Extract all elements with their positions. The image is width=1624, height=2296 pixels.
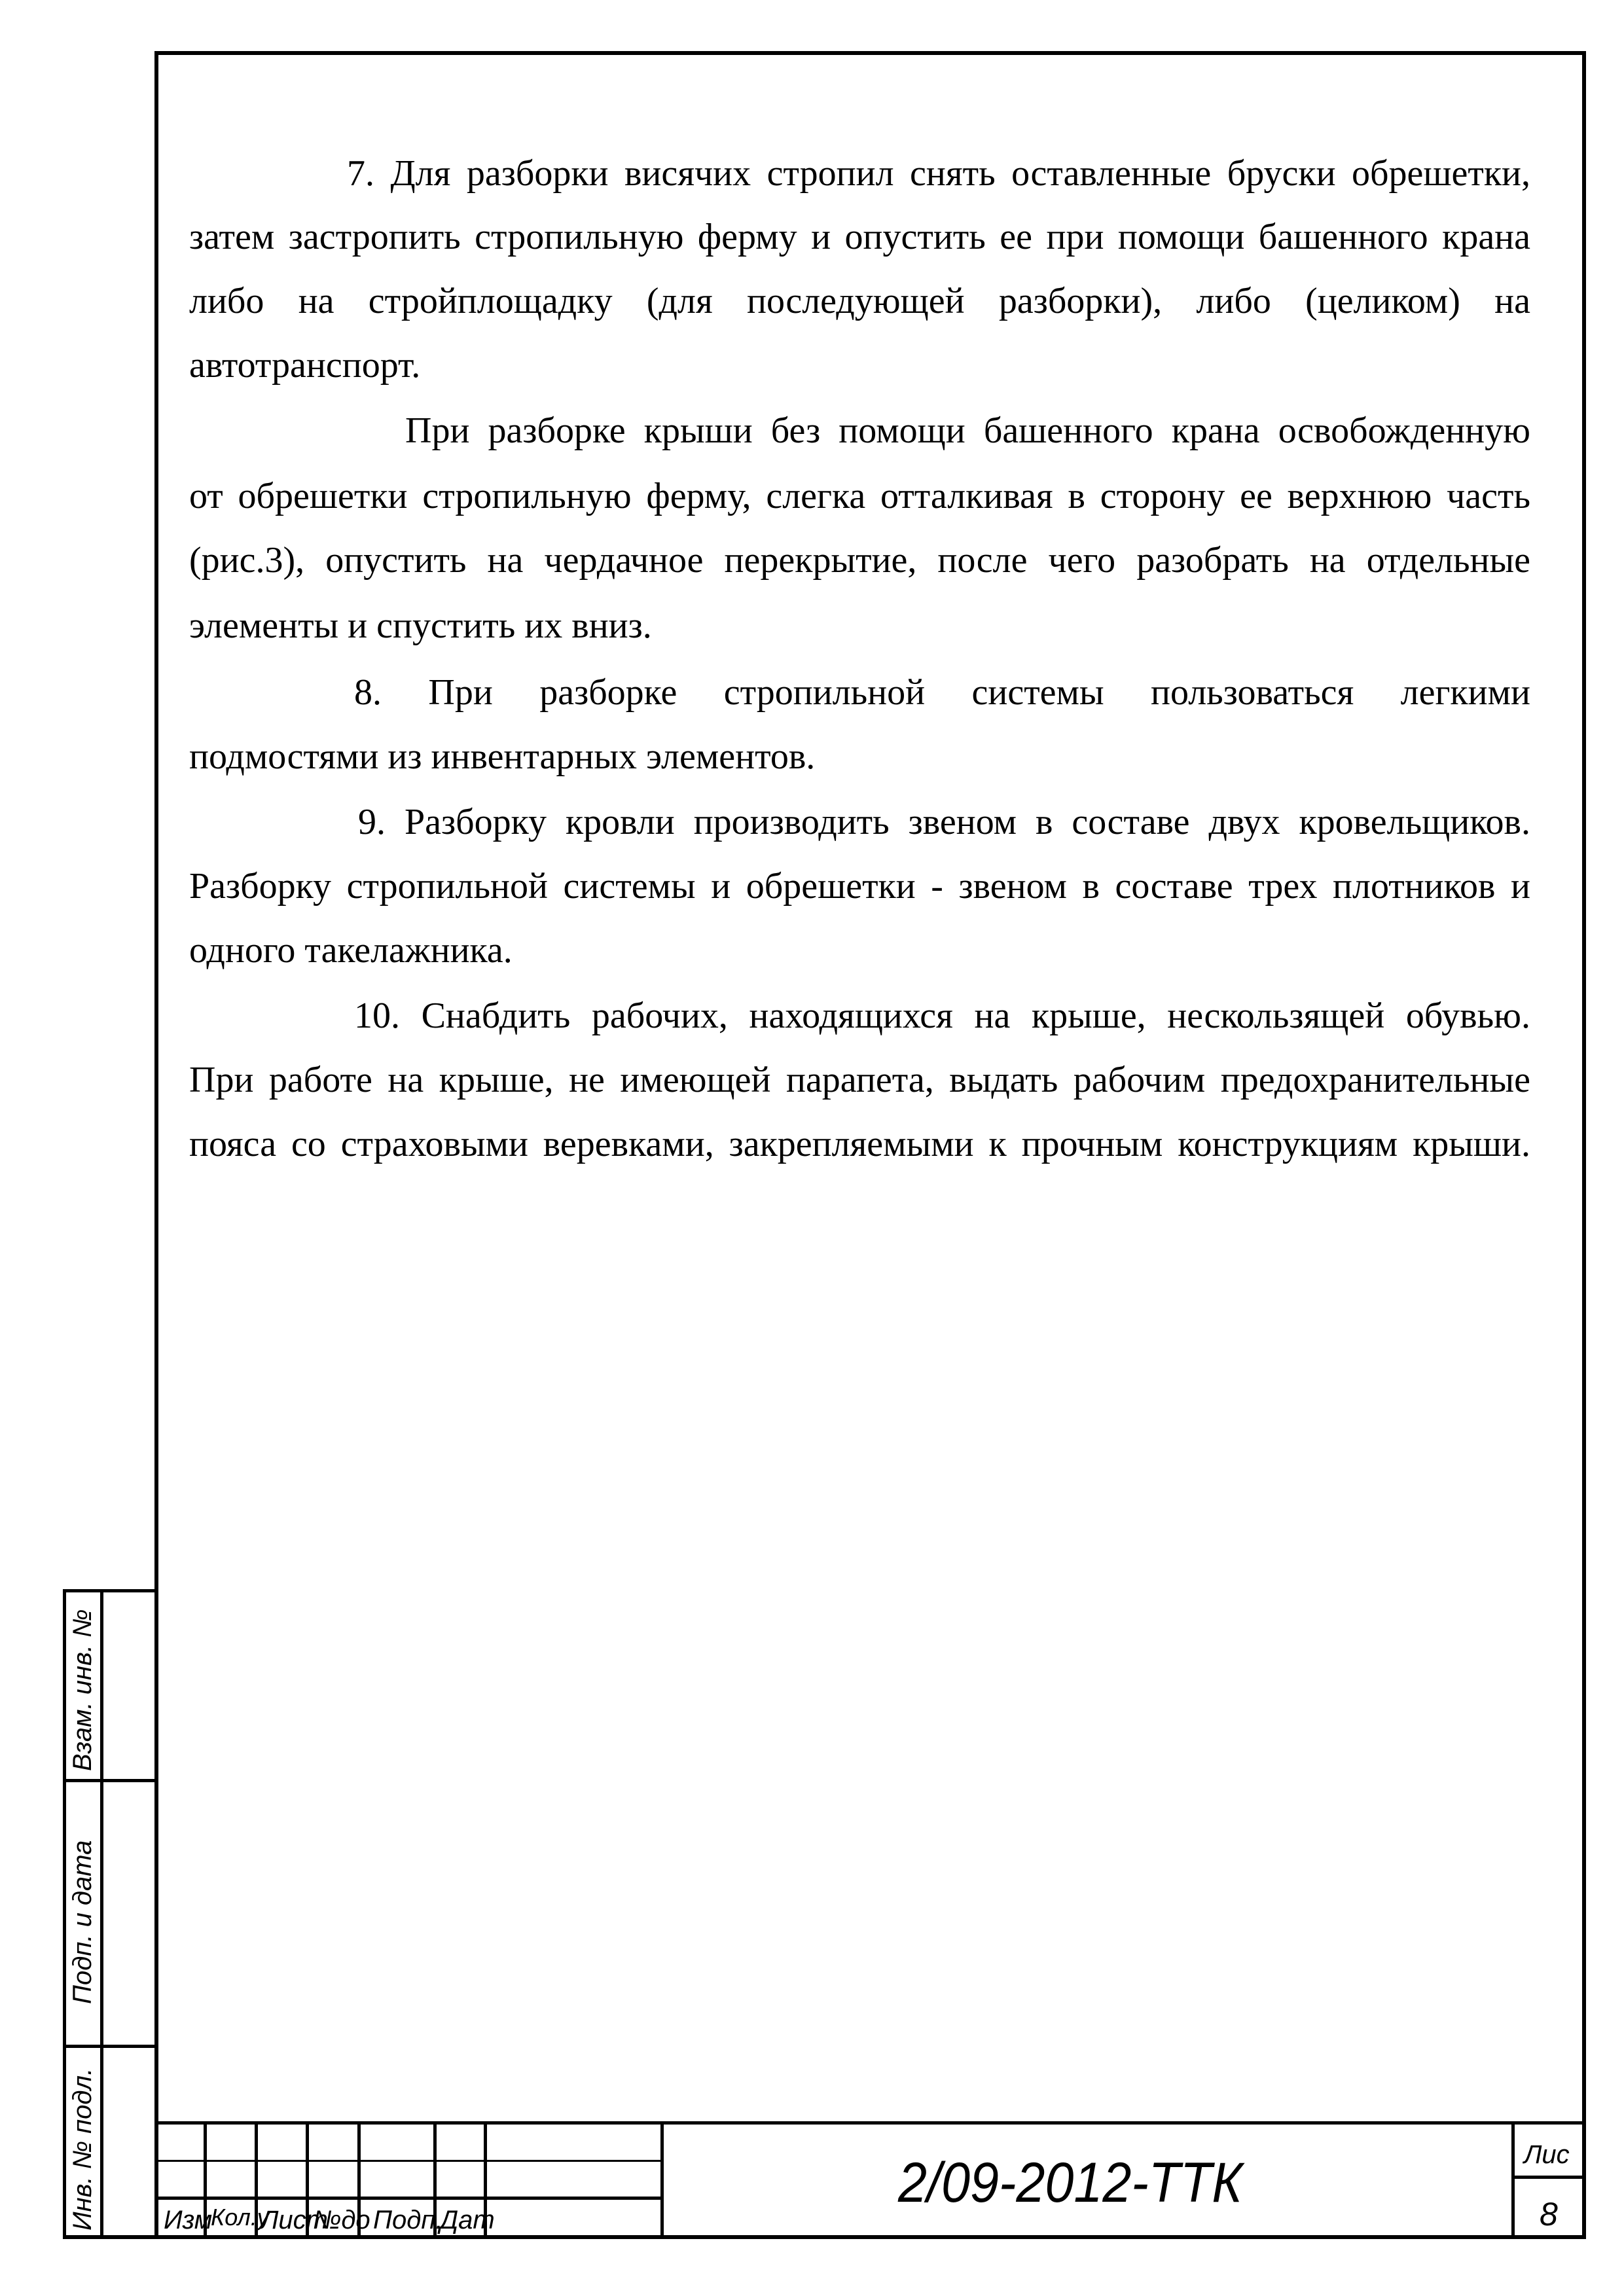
column-header-doc-number: №до — [313, 2207, 370, 2233]
side-stamp-label-inv-original: Инв. № подл. — [69, 2068, 96, 2231]
column-header-signature: Подп. — [373, 2207, 442, 2233]
paragraph-7b-line-3: (рис.3), опустить на чердачное перекрыти… — [189, 542, 1530, 581]
sheet-number: 8 — [1540, 2198, 1558, 2231]
paragraph-7-line-4: автотранспорт. — [189, 347, 420, 384]
side-stamp-label-replace-inv: Взам. инв. № — [69, 1609, 96, 1771]
side-stamp-label-sign-date: Подп. и дата — [69, 1840, 96, 2004]
column-header-change: Изм — [164, 2207, 212, 2233]
paragraph-7-line-3: либо на стройплощадку (для последующей р… — [189, 283, 1530, 322]
column-header-date: Дат — [440, 2207, 495, 2233]
paragraph-10-line-3: пояса со страховыми веревками, закрепляе… — [189, 1126, 1530, 1165]
sheet-label: Лис — [1524, 2142, 1570, 2168]
paragraph-9-line-2: Разборку стропильной системы и обрешетки… — [189, 868, 1530, 907]
paragraph-9-line-3: одного такелажника. — [189, 932, 513, 969]
paragraph-8-line-1: 8. При разборке стропильной системы поль… — [354, 674, 1530, 711]
paragraph-10-line-2: При работе на крыше, не имеющей парапета… — [189, 1062, 1530, 1101]
paragraph-8-line-2: подмостями из инвентарных элементов. — [189, 738, 815, 775]
paragraph-7b-line-2: от обрешетки стропильную ферму, слегка о… — [189, 478, 1530, 517]
paragraph-7-line-1: 7. Для разборки висячих стропил снять ос… — [347, 155, 1530, 192]
paragraph-7b-line-1: При разборке крыши без помощи башенного … — [405, 412, 1530, 449]
paragraph-10-line-1: 10. Снабдить рабочих, находящихся на кры… — [354, 997, 1530, 1034]
paragraph-7b-line-4: элементы и спустить их вниз. — [189, 607, 652, 644]
paragraph-9-line-1: 9. Разборку кровли производить звеном в … — [358, 804, 1530, 840]
document-code: 2/09-2012-ТТК — [898, 2155, 1242, 2211]
paragraph-7-line-2: затем застропить стропильную ферму и опу… — [189, 219, 1530, 258]
